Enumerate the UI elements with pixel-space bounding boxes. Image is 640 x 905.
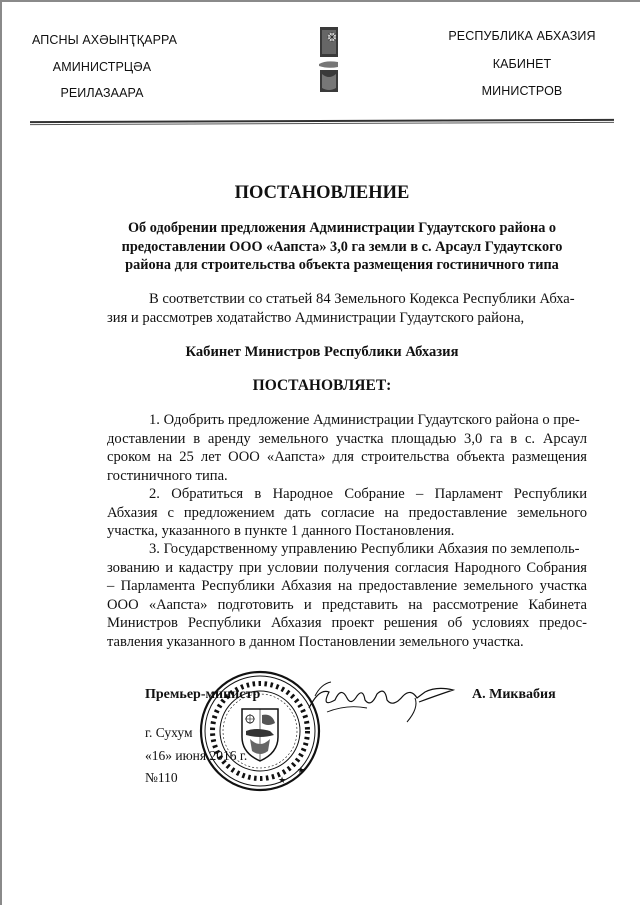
item-line: ООО «Аапста» подготовить и представить н… [107, 596, 587, 615]
header-left-line-3: РЕИЛАЗААРА [32, 86, 172, 100]
signatory-name: А. Миквабия [472, 687, 556, 703]
item-line: 3. Государственному управлению Республик… [107, 540, 587, 559]
resolves-heading: ПОСТАНОВЛЯЕТ: [2, 377, 640, 395]
svg-text:★: ★ [297, 766, 305, 776]
state-emblem-icon [318, 24, 340, 96]
issuer-heading: Кабинет Министров Республики Абхазия [2, 344, 640, 361]
item-line: доставлении в аренду земельного участка … [107, 430, 587, 449]
item-line: зованию и кадастру при условии получения… [107, 559, 587, 578]
item-line: гостиничного типа. [107, 467, 587, 486]
item-line: участка, указанного в пункте 1 данного П… [107, 522, 587, 541]
item-line: Абхазия с предложением дать согласие на … [107, 504, 587, 523]
item-line: 2. Обратиться в Народное Собрание – Парл… [107, 485, 587, 504]
resolution-item-1: 1. Одобрить предложение Администрации Гу… [107, 411, 587, 485]
issue-place: г. Сухум [145, 725, 193, 741]
subject-line: предоставлении ООО «Аапста» 3,0 га земли… [102, 238, 582, 257]
header-right-line-1: РЕСПУБЛИКА АБХАЗИЯ [437, 29, 607, 43]
document-subject: Об одобрении предложения Администрации Г… [102, 219, 582, 275]
header-left-line-1: АПСНЫ АХӘЫНҬҚАРРА [32, 33, 172, 47]
official-seal-icon: ★ ★ [198, 669, 322, 793]
handwritten-signature-icon [307, 678, 457, 726]
subject-line: Об одобрении предложения Администрации Г… [102, 219, 582, 238]
preamble: В соответствии со статьей 84 Земельного … [107, 290, 587, 327]
svg-text:★: ★ [278, 776, 286, 786]
subject-line: района для строительства объекта размеще… [102, 256, 582, 275]
document-number: №110 [145, 770, 178, 786]
header-left-line-2: АМИНИСТРЦӘА [32, 60, 172, 74]
item-line: сроком на 25 лет ООО «Аапста» для строит… [107, 448, 587, 467]
document-page: АПСНЫ АХӘЫНҬҚАРРА АМИНИСТРЦӘА РЕИЛАЗААРА… [0, 0, 640, 905]
resolution-item-3: 3. Государственному управлению Республик… [107, 540, 587, 651]
header-right-line-3: МИНИСТРОВ [437, 84, 607, 98]
item-line: Министров Республики Абхазия проект реше… [107, 614, 587, 633]
item-line: – Парламента Республики Абхазия на предо… [107, 577, 587, 596]
document-title: ПОСТАНОВЛЕНИЕ [2, 183, 640, 204]
resolution-item-2: 2. Обратиться в Народное Собрание – Парл… [107, 485, 587, 541]
item-line: 1. Одобрить предложение Администрации Гу… [107, 411, 587, 430]
preamble-line: зия и рассмотрев ходатайство Администрац… [107, 309, 587, 328]
item-line: тавления указанного в данном Постановлен… [107, 633, 587, 652]
preamble-line: В соответствии со статьей 84 Земельного … [107, 290, 587, 309]
header-right-line-2: КАБИНЕТ [437, 57, 607, 71]
